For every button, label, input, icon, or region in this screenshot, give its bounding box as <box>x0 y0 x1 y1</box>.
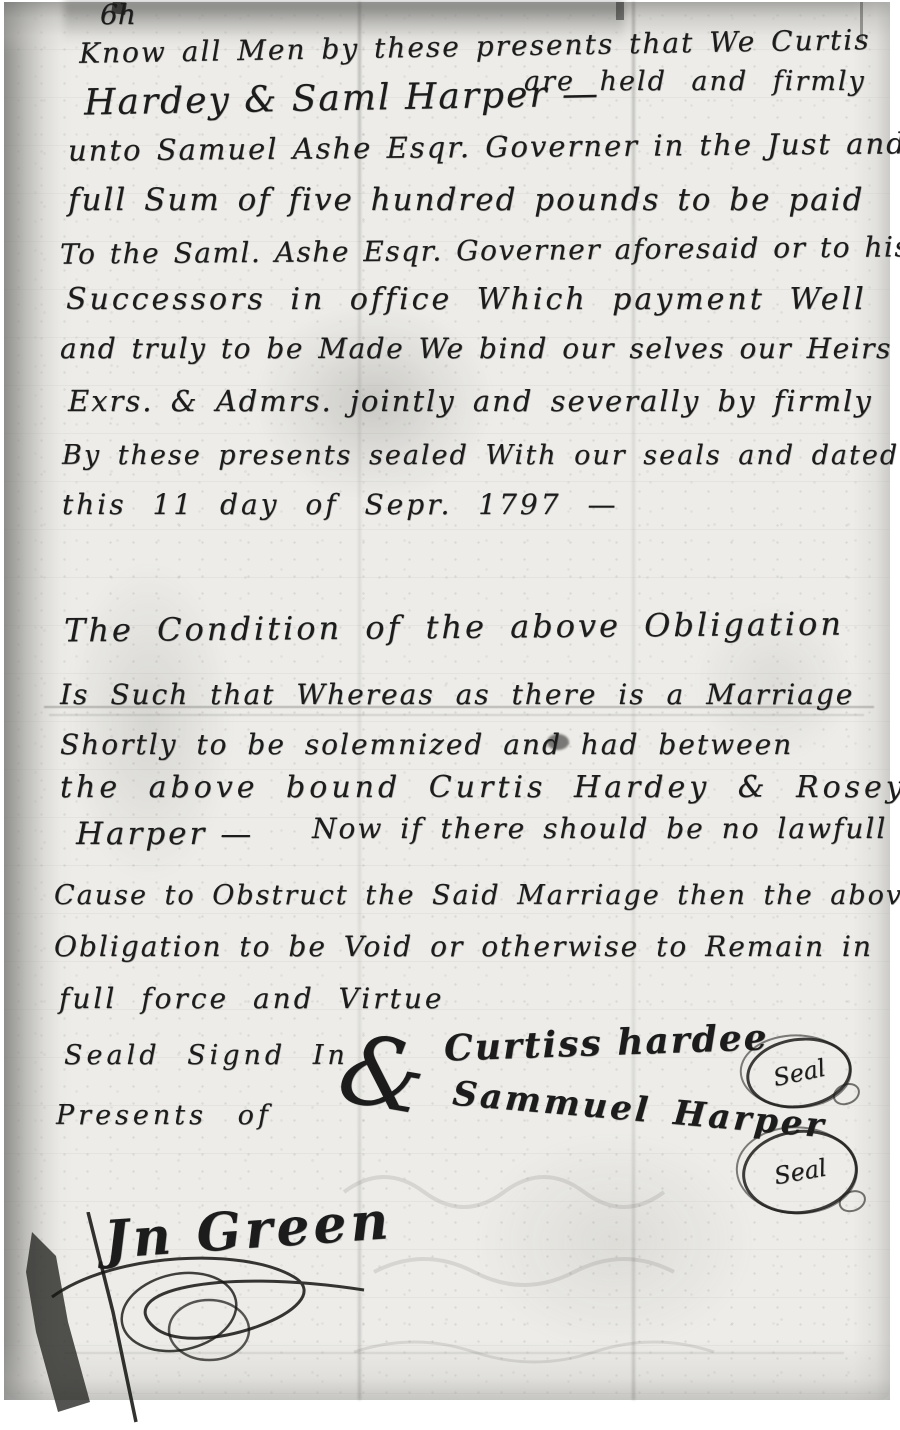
manuscript-line: full Sum of five hundred pounds to be pa… <box>68 182 864 218</box>
signature-curtiss-hardee: Curtiss hardee <box>443 1016 769 1069</box>
attestation-brace-flourish: & <box>331 1011 435 1136</box>
attestation-line: Seald Signd In <box>64 1040 349 1071</box>
manuscript-line: full force and Virtue <box>59 982 444 1015</box>
signature-flourish <box>44 1242 384 1392</box>
manuscript-line: unto Samuel Ashe Esqr. Governer in the J… <box>68 126 900 167</box>
manuscript-line: Successors in office Which payment Well <box>66 282 867 317</box>
marginal-mark: 6h <box>100 0 136 31</box>
document-scan: 6h Know all Men by these presents that W… <box>0 0 900 1430</box>
manuscript-line: Cause to Obstruct the Said Marriage then… <box>54 880 900 911</box>
horizontal-fold-crease <box>64 1352 844 1354</box>
manuscript-line: the above bound Curtis Hardey & Rosey <box>60 770 900 805</box>
stain <box>474 1132 754 1352</box>
manuscript-line: Harper — <box>76 816 254 852</box>
bottom-edge-shading <box>4 1340 890 1400</box>
manuscript-line: this 11 day of Sepr. 1797 — <box>62 488 618 521</box>
seal-label: Seal <box>770 1054 827 1092</box>
seal-drawing: Seal <box>738 1124 862 1220</box>
manuscript-line: Shortly to be solemnized and had between <box>60 728 793 761</box>
seal-label: Seal <box>772 1154 829 1191</box>
manuscript-line: To the Saml. Ashe Esqr. Governer aforesa… <box>60 230 900 270</box>
manuscript-line: Know all Men by these presents that We C… <box>79 23 871 70</box>
manuscript-line: Is Such that Whereas as there is a Marri… <box>60 678 854 711</box>
manuscript-line: Hardey & Saml Harper — <box>84 74 601 124</box>
attestation-line: Presents of <box>56 1100 272 1131</box>
manuscript-line: Now if there should be no lawfull <box>312 812 887 845</box>
manuscript-line: Obligation to be Void or otherwise to Re… <box>54 930 873 963</box>
horizontal-pen-rule <box>49 714 864 716</box>
manuscript-line: are held and firmly <box>524 66 866 97</box>
manuscript-line: and truly to be Made We bind our selves … <box>60 332 892 365</box>
paper-sheet: 6h Know all Men by these presents that W… <box>4 2 890 1400</box>
manuscript-line: The Condition of the above Obligation <box>64 605 844 650</box>
signature-witness-green: Jn Green <box>102 1190 394 1271</box>
manuscript-line: By these presents sealed With our seals … <box>62 440 899 471</box>
manuscript-line: Exrs. & Admrs. jointly and severally by … <box>68 384 873 418</box>
